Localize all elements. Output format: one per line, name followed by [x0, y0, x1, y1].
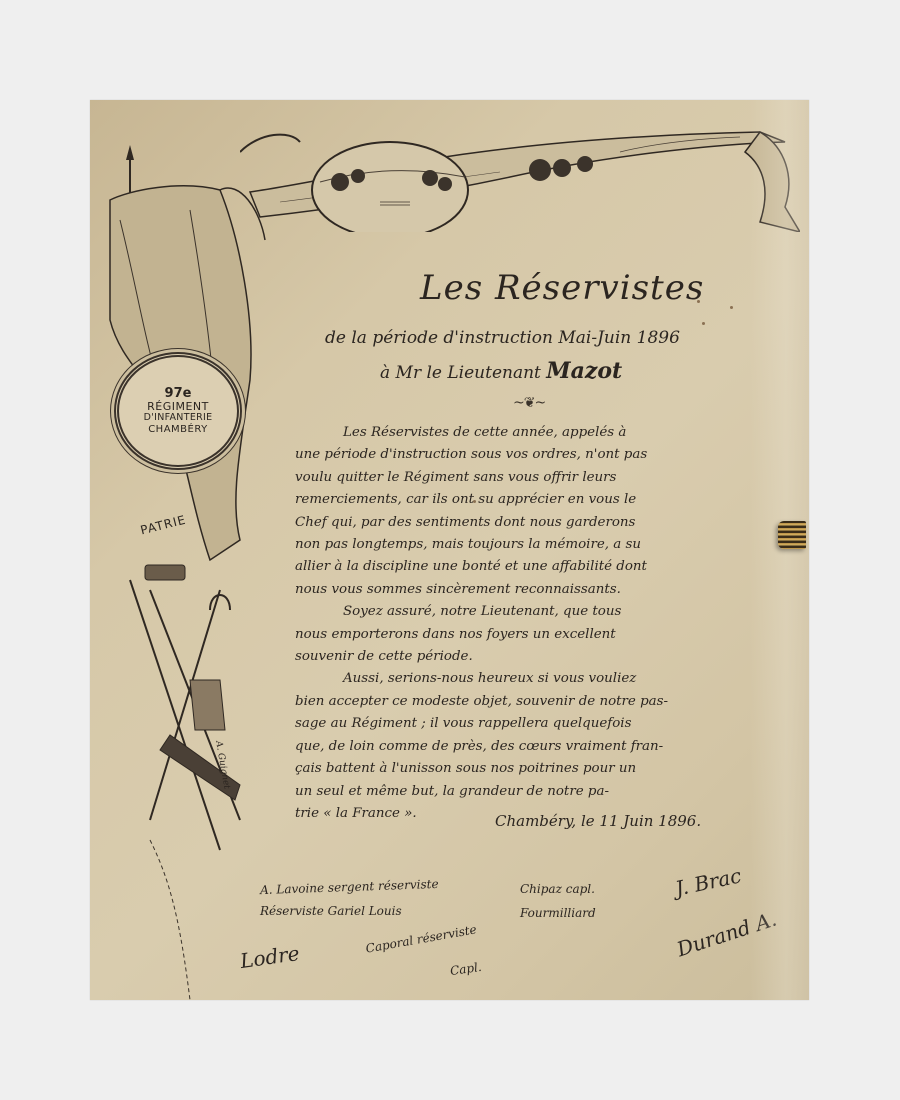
body-line: Chef qui, par des sentiments dont nous g… — [295, 512, 745, 534]
signature: J. Brac — [673, 863, 743, 900]
medallion-line2: D'INFANTERIE — [144, 413, 213, 423]
binder-clip-icon — [778, 521, 806, 549]
body-line: nous vous sommes sincèrement reconnaissa… — [295, 579, 745, 601]
signature: Capl. — [449, 960, 482, 978]
signature: A. Lavoine sergent réserviste — [260, 877, 439, 897]
body-line: çais battent à l'unisson sous nos poitri… — [295, 758, 745, 780]
banner-illustration — [240, 122, 800, 232]
body-line: que, de loin comme de près, des cœurs vr… — [295, 736, 745, 758]
flags-and-arms-illustration — [90, 120, 280, 1000]
signature: Réserviste Gariel Louis — [260, 904, 402, 918]
body-line: non pas longtemps, mais toujours la mémo… — [295, 534, 745, 556]
signature: Fourmilliard — [520, 906, 596, 920]
header-line-1: de la période d'instruction Mai-Juin 189… — [325, 328, 680, 348]
body-line: sage au Régiment ; il vous rappellera qu… — [295, 713, 745, 735]
document-title: Les Réservistes — [420, 268, 704, 308]
letter-body: Les Réservistes de cette année, appelés … — [295, 422, 745, 825]
body-line: souvenir de cette période. — [295, 646, 745, 668]
body-line: allier à la discipline une bonté et une … — [295, 556, 745, 578]
body-line: bien accepter ce modeste objet, souvenir… — [295, 691, 745, 713]
body-line: voulu quitter le Régiment sans vous offr… — [295, 467, 745, 489]
medallion-line3: CHAMBÉRY — [148, 424, 208, 435]
body-line: remerciements, car ils ont su apprécier … — [295, 489, 745, 511]
foxing-spot — [730, 306, 733, 309]
body-line: nous emporterons dans nos foyers un exce… — [295, 624, 745, 646]
document-page: 97e RÉGIMENT D'INFANTERIE CHAMBÉRY PATRI… — [90, 100, 809, 1000]
body-line: Les Réservistes de cette année, appelés … — [295, 422, 745, 444]
header-line-2-prefix: à Mr le Lieutenant — [380, 363, 541, 383]
body-line: Aussi, serions-nous heureux si vous voul… — [295, 668, 745, 690]
foxing-spot — [473, 500, 476, 503]
ornament-divider-icon: ~❦~ — [513, 395, 545, 411]
body-line: un seul et même but, la grandeur de notr… — [295, 781, 745, 803]
medallion-number: 97e — [165, 387, 192, 401]
recipient-name: Mazot — [546, 358, 622, 384]
foxing-spot — [697, 300, 700, 303]
body-line: une période d'instruction sous vos ordre… — [295, 444, 745, 466]
body-line: Soyez assuré, notre Lieutenant, que tous — [295, 601, 745, 623]
header-line-2: à Mr le Lieutenant Mazot — [380, 358, 622, 384]
signature: Chipaz capl. — [520, 882, 595, 896]
foxing-spot — [702, 322, 705, 325]
regiment-medallion: 97e RÉGIMENT D'INFANTERIE CHAMBÉRY — [114, 352, 242, 470]
dateline: Chambéry, le 11 Juin 1896. — [495, 812, 701, 830]
paper-fold — [750, 100, 809, 1000]
signature: Caporal réserviste — [365, 922, 478, 955]
